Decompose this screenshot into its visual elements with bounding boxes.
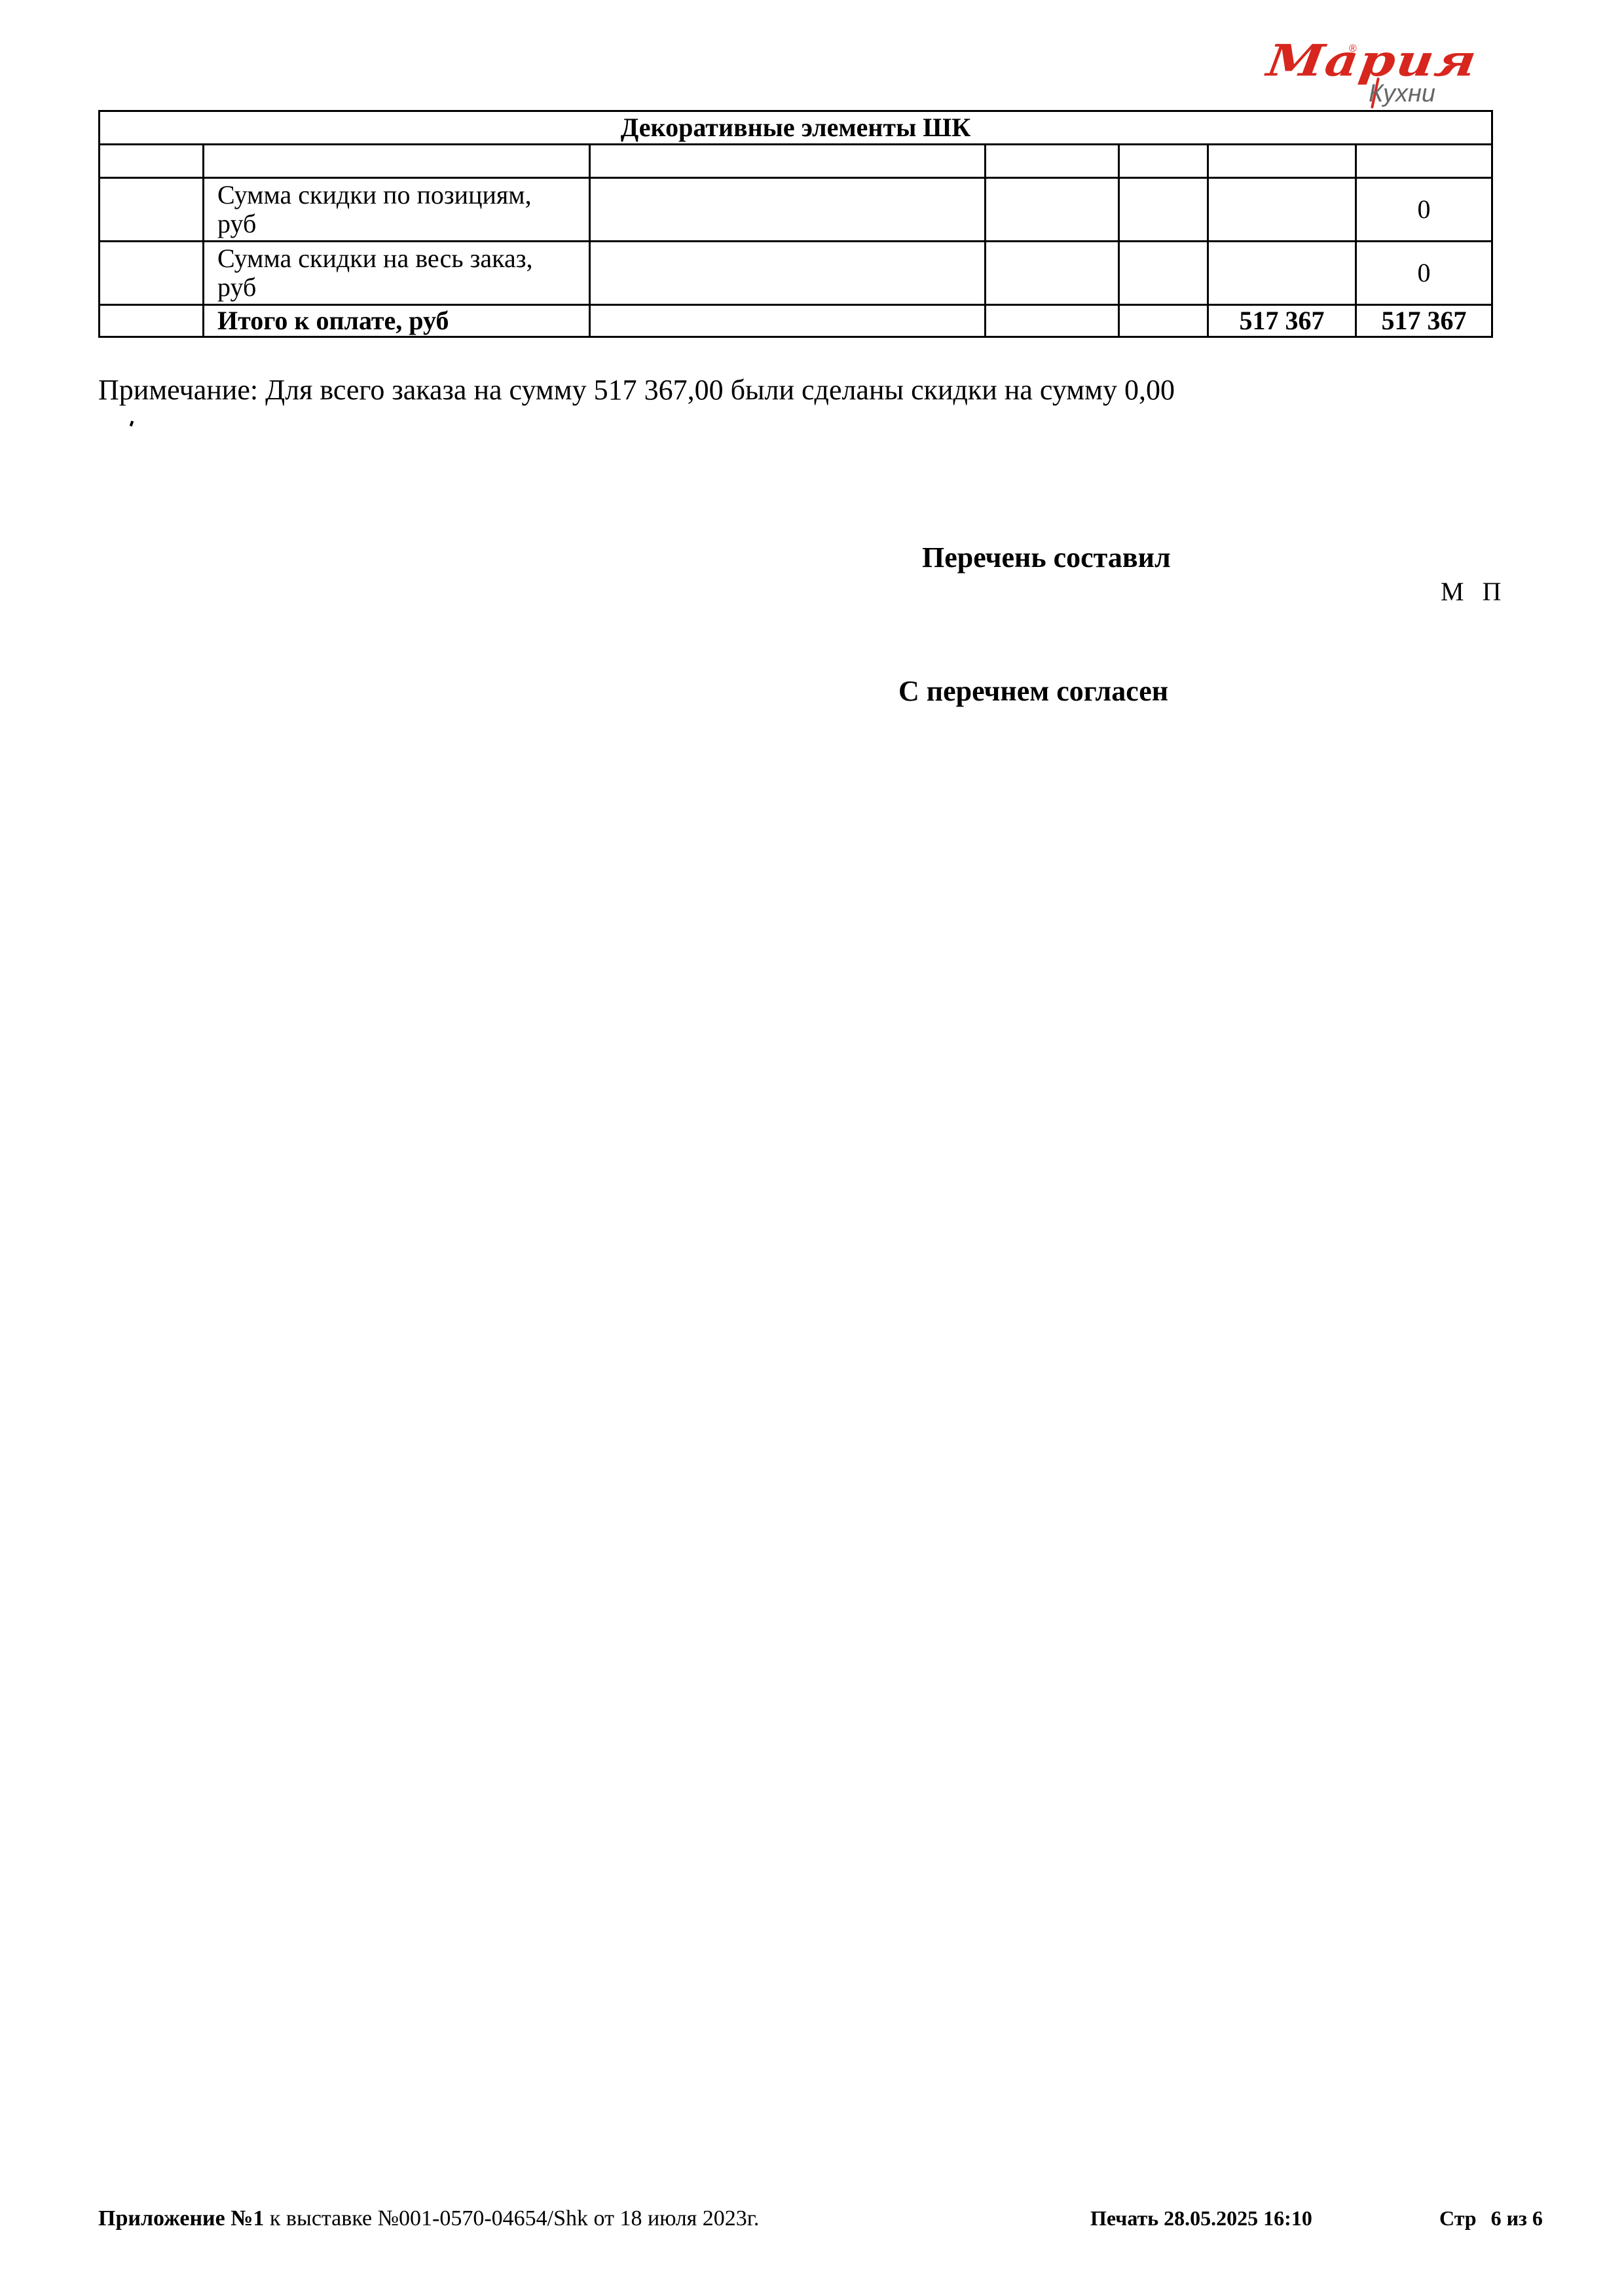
total-label: Итого к оплате, руб — [204, 305, 590, 337]
total-sum: 517 367 — [1208, 305, 1356, 337]
print-timestamp: Печать 28.05.2025 16:10 — [1090, 2206, 1312, 2231]
agreed-label: С перечнем согласен — [898, 674, 1168, 708]
table-cell — [1119, 305, 1208, 337]
discount-order-label: Сумма скидки на весь заказ, руб — [204, 242, 590, 305]
logo-subtitle: Кухни — [1369, 81, 1435, 106]
table-cell — [1119, 178, 1208, 242]
table-cell — [1119, 145, 1208, 178]
table-cell — [1208, 178, 1356, 242]
appendix-number: Приложение №1 — [98, 2206, 264, 2231]
discount-positions-value: 0 — [1356, 178, 1492, 242]
table-row-total: Итого к оплате, руб 517 367 517 367 — [100, 305, 1492, 337]
table-cell — [1208, 145, 1356, 178]
page-label: Стр — [1439, 2206, 1477, 2230]
table-cell — [100, 305, 204, 337]
table-cell — [986, 242, 1119, 305]
table-cell — [1119, 242, 1208, 305]
page-indicator: Стр6 из 6 — [1439, 2206, 1543, 2231]
logo-brand-script: Мария — [1264, 39, 1481, 82]
table-cell — [986, 305, 1119, 337]
table-cell — [590, 178, 986, 242]
section-title: Декоративные элементы ШК — [100, 111, 1492, 145]
discount-note: Примечание: Для всего заказа на сумму 51… — [98, 373, 1175, 408]
section-title-row: Декоративные элементы ШК — [100, 111, 1492, 145]
table-cell — [986, 178, 1119, 242]
table-cell — [590, 145, 986, 178]
discount-order-value: 0 — [1356, 242, 1492, 305]
page-number: 6 из 6 — [1491, 2206, 1543, 2230]
registered-mark-icon: ® — [1349, 43, 1357, 55]
order-summary-table: Декоративные элементы ШК Сумма скидки по… — [98, 110, 1493, 338]
table-cell — [100, 242, 204, 305]
table-cell — [204, 145, 590, 178]
footer-appendix: Приложение №1 к выставке №001-0570-04654… — [98, 2206, 759, 2231]
table-cell — [1356, 145, 1492, 178]
stamp-placeholder: М П — [1441, 576, 1501, 607]
table-row-discount-positions: Сумма скидки по позициям, руб 0 — [100, 178, 1492, 242]
table-cell — [590, 305, 986, 337]
table-cell — [100, 178, 204, 242]
table-cell — [590, 242, 986, 305]
table-row — [100, 145, 1492, 178]
stray-mark — [130, 421, 134, 427]
compiled-by-label: Перечень составил — [922, 541, 1171, 574]
table-cell — [100, 145, 204, 178]
table-cell — [1208, 242, 1356, 305]
company-logo: Мария ® Кухни — [1264, 39, 1513, 111]
discount-positions-label: Сумма скидки по позициям, руб — [204, 178, 590, 242]
table-cell — [986, 145, 1119, 178]
table-row-discount-order: Сумма скидки на весь заказ, руб 0 — [100, 242, 1492, 305]
total-to-pay: 517 367 — [1356, 305, 1492, 337]
appendix-details: к выставке №001-0570-04654/Shk от 18 июл… — [264, 2206, 759, 2231]
